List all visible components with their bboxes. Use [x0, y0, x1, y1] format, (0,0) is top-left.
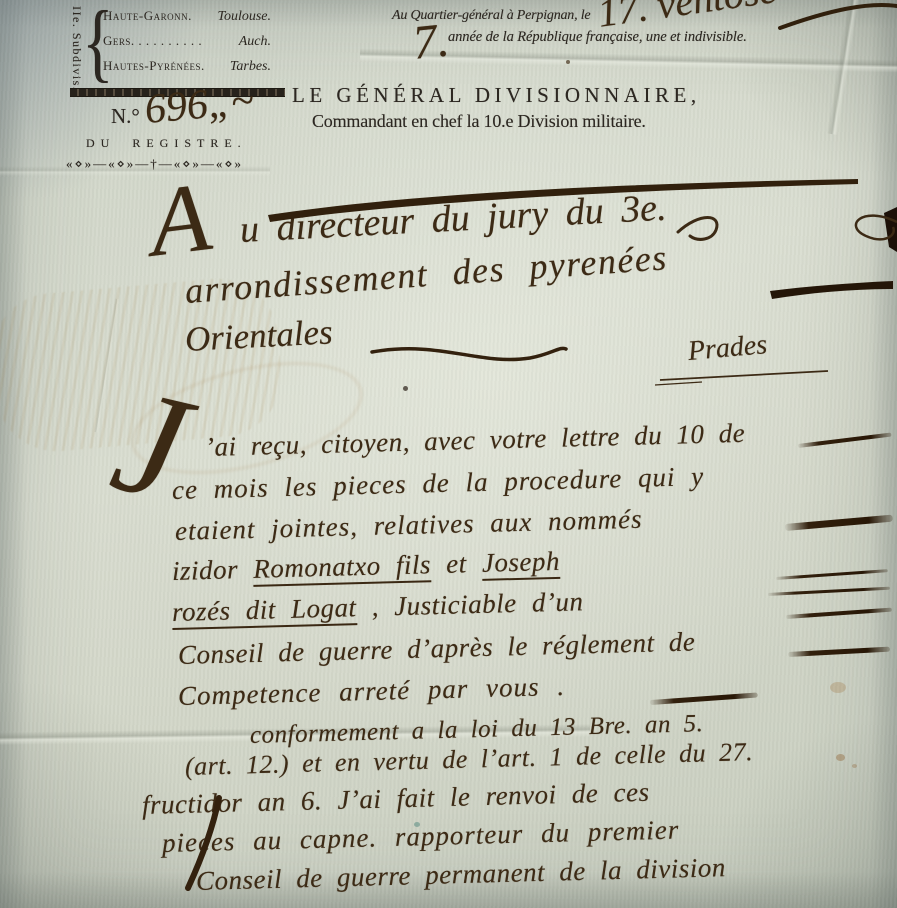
ventose-corner-sweep	[780, 5, 897, 28]
register-label: DU REGISTRE.	[86, 136, 247, 151]
department-row: Gers. . . . . . . . . . Auch.	[103, 33, 271, 50]
pen-dash	[768, 587, 890, 596]
title-line2: Commandant en chef la 10.e Division mili…	[312, 111, 646, 132]
register-number-value: 696„~	[143, 77, 256, 134]
title-line1: LE GÉNÉRAL DIVISIONNAIRE,	[292, 83, 701, 108]
body-line: Competence arreté par vous .	[178, 671, 566, 712]
address-place: Prades	[687, 329, 769, 368]
paper-crease	[827, 0, 861, 135]
body-line: fructidor an 6. J’ai fait le renvoi de c…	[142, 777, 650, 821]
prades-underline	[660, 371, 828, 380]
paper-crease	[93, 298, 119, 432]
orientales-tail-swoosh	[372, 348, 566, 359]
department-seat: Auch.	[239, 34, 271, 50]
pen-dash	[798, 433, 892, 448]
body-line: etaient jointes, relatives aux nommés	[175, 504, 643, 547]
accused-name-1: Romonatxo fils	[253, 549, 432, 587]
register-number-label: N.°	[111, 104, 140, 129]
body-line: pieces au capne. rapporteur du premier	[162, 814, 680, 859]
pen-dash	[785, 515, 893, 531]
pen-dash	[788, 647, 890, 657]
address-initial-A: A	[143, 161, 216, 279]
department-name: Gers. . . . . . . . . .	[103, 33, 202, 49]
accused-name-2: Joseph	[482, 546, 561, 581]
department-seat: Toulouse.	[217, 9, 271, 25]
department-row: Haute-Garonn. Toulouse.	[103, 8, 271, 25]
pen-dash	[776, 569, 888, 580]
body-line: ’ai reçu, citoyen, avec votre lettre du …	[205, 418, 746, 463]
body-line: rozés dit Logat , Justiciable d’un	[172, 586, 584, 628]
address-line3: Orientales	[184, 312, 334, 360]
department-row: Hautes-Pyrénées. Tarbes.	[103, 58, 271, 75]
body-line4-pre: izidor	[172, 554, 254, 586]
department-name: Haute-Garonn.	[103, 8, 192, 24]
body-line: ce mois les pieces de la procedure qui y	[172, 461, 705, 506]
rust-stain	[852, 764, 857, 768]
pen-dash	[786, 608, 892, 619]
body-line: Conseil de guerre permanent de la divisi…	[196, 852, 727, 897]
body-line4-mid: et	[431, 548, 483, 579]
edge-flourish-loop	[856, 216, 897, 240]
pen-dash	[650, 692, 758, 705]
accused-name-3: rozés dit Logat	[172, 592, 357, 630]
ink-spot	[403, 386, 408, 391]
body-line: izidor Romonatxo fils et Joseph	[172, 546, 561, 587]
rust-stain	[836, 754, 845, 761]
document-page: IIe. Subdivis. { Haute-Garonn. Toulouse.…	[0, 0, 897, 908]
body-line: Conseil de guerre d’après le réglement d…	[178, 626, 696, 671]
rust-stain	[830, 682, 846, 693]
pyrenees-heavy-dash	[770, 281, 893, 299]
edge-ink-wedge	[884, 207, 897, 252]
handwritten-year: 7.	[410, 12, 452, 70]
body-line5-rest: , Justiciable d’un	[356, 586, 584, 622]
dateline-republic: année de la République française, une et…	[448, 29, 747, 46]
prades-underline-short	[655, 382, 702, 385]
department-name: Hautes-Pyrénées.	[103, 58, 205, 74]
flourish-loop-after-3e	[678, 218, 717, 240]
department-seat: Tarbes.	[230, 59, 271, 75]
ink-spot	[566, 60, 570, 64]
